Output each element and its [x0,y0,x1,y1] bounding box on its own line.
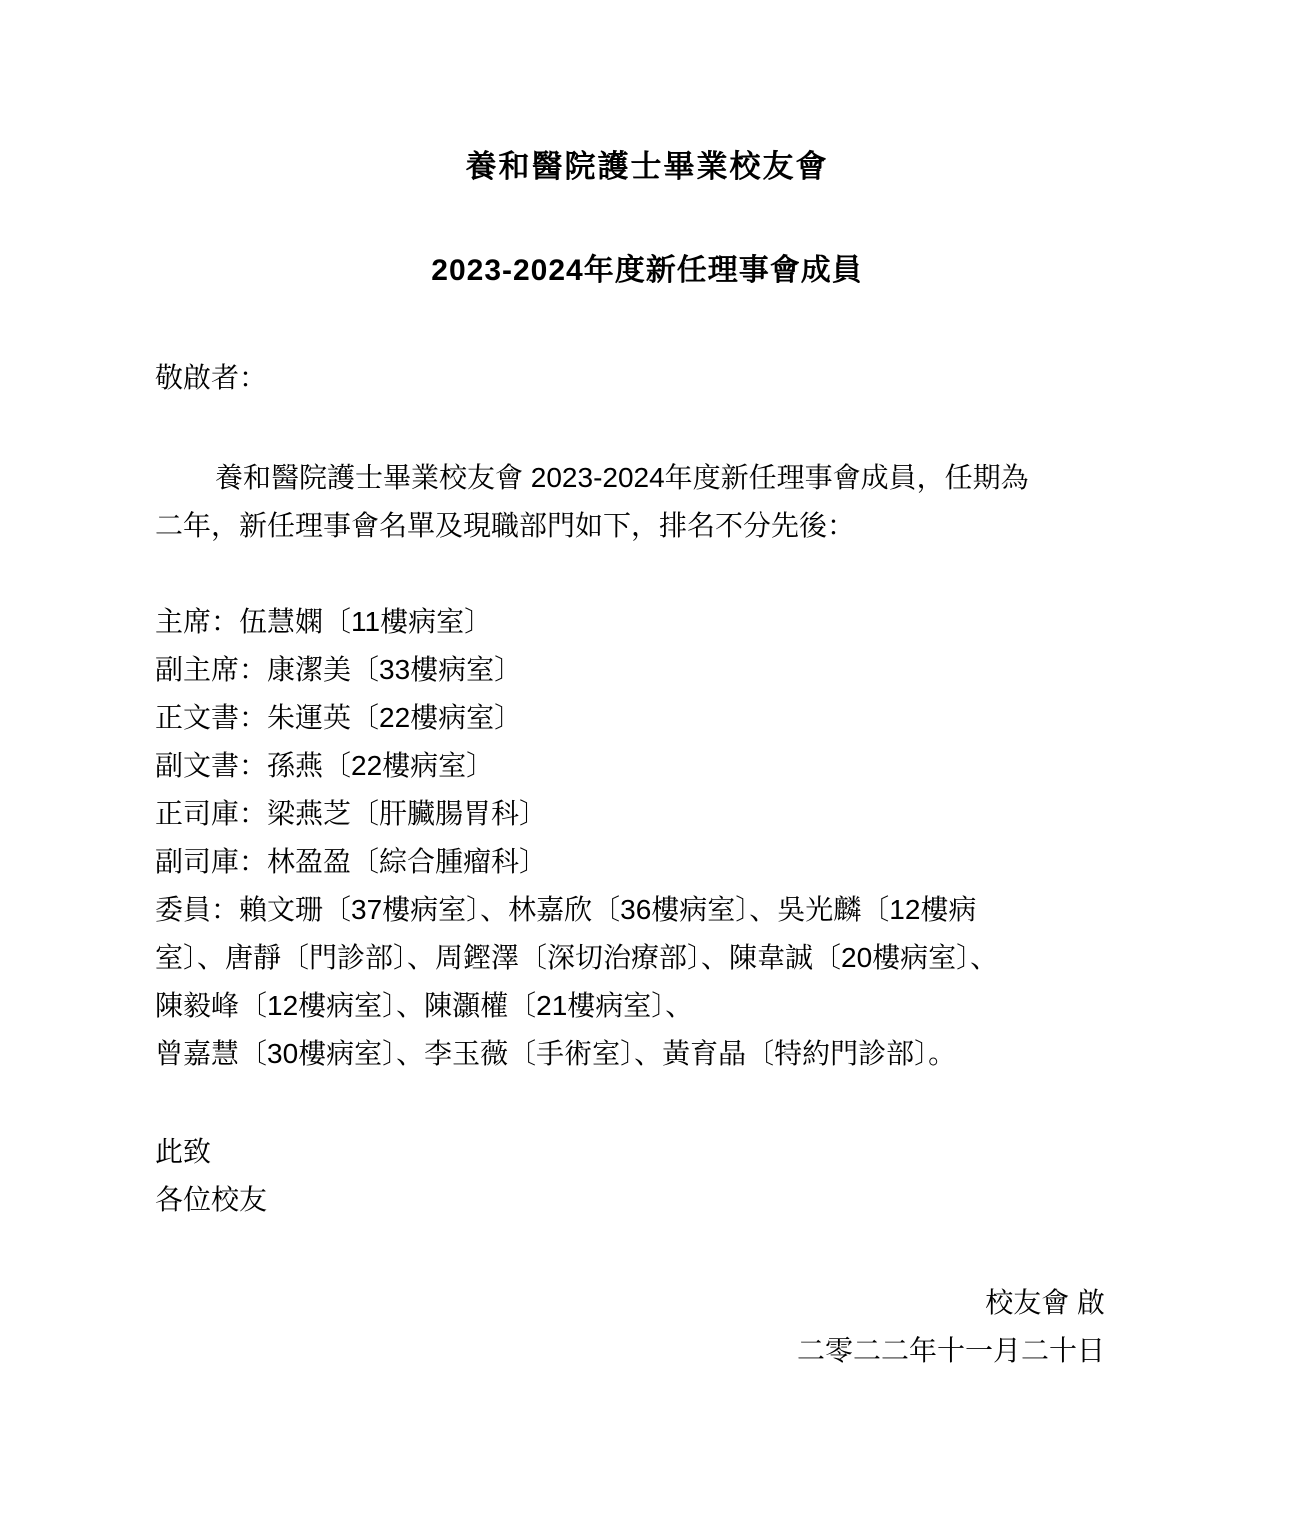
intro-line: 二年，新任理事會名單及現職部門如下，排名不分先後： [155,502,1139,550]
salutation: 敬啟者： [155,354,1139,402]
signature-sender: 校友會 啟 [155,1279,1105,1327]
closing-addressee: 各位校友 [155,1176,1139,1224]
document-subtitle: 2023-2024年度新任理事會成員 [155,252,1139,290]
roster-line-chairman: 主席：伍慧嫻〔11樓病室〕 [155,598,1139,646]
letter-content: 養和醫院護士畢業校友會 2023-2024年度新任理事會成員 敬啟者： 養和醫院… [0,0,1289,1375]
closing-phrase: 此致 [155,1128,1139,1176]
roster-line-members: 室〕、唐靜〔門診部〕、周鏗澤〔深切治療部〕、陳韋誠〔20樓病室〕、 [155,934,1139,982]
signature-date: 二零二二年十一月二十日 [155,1327,1105,1375]
roster-line-members: 委員：賴文珊〔37樓病室〕、林嘉欣〔36樓病室〕、吳光麟〔12樓病 [155,886,1139,934]
roster-list: 主席：伍慧嫻〔11樓病室〕 副主席：康潔美〔33樓病室〕 正文書：朱運英〔22樓… [155,598,1139,1078]
roster-line-vice-secretary: 副文書：孫燕〔22樓病室〕 [155,742,1139,790]
roster-line-members: 陳毅峰〔12樓病室〕、陳灝權〔21樓病室〕、 [155,982,1139,1030]
intro-paragraph: 養和醫院護士畢業校友會 2023-2024年度新任理事會成員，任期為 二年，新任… [155,454,1139,550]
document-title: 養和醫院護士畢業校友會 [155,148,1139,186]
letter-page: 養和醫院護士畢業校友會 2023-2024年度新任理事會成員 敬啟者： 養和醫院… [0,0,1289,1539]
roster-line-members: 曾嘉慧〔30樓病室〕、李玉薇〔手術室〕、黃育晶〔特約門診部〕。 [155,1030,1139,1078]
closing-block: 此致 各位校友 [155,1128,1139,1224]
roster-line-treasurer: 正司庫：梁燕芝〔肝臟腸胃科〕 [155,790,1139,838]
signature-block: 校友會 啟 二零二二年十一月二十日 [155,1279,1139,1375]
roster-line-secretary: 正文書：朱運英〔22樓病室〕 [155,694,1139,742]
roster-line-vice-treasurer: 副司庫：林盈盈〔綜合腫瘤科〕 [155,838,1139,886]
intro-line: 養和醫院護士畢業校友會 2023-2024年度新任理事會成員，任期為 [155,454,1139,502]
roster-line-vice-chairman: 副主席：康潔美〔33樓病室〕 [155,646,1139,694]
